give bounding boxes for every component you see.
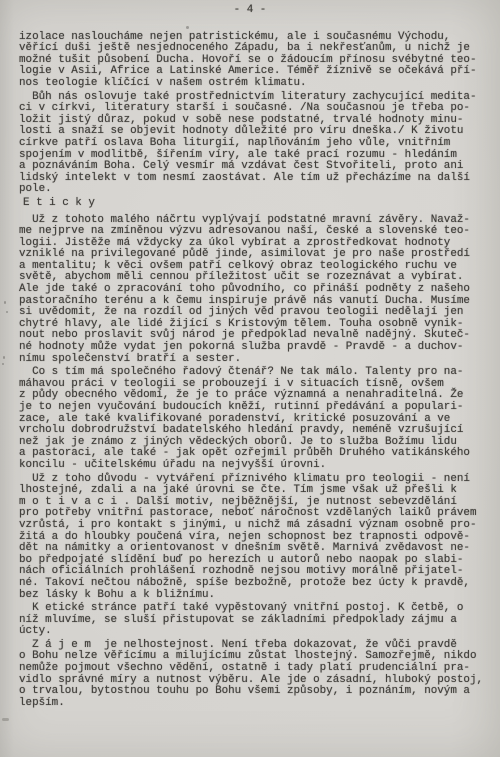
scan-speck: [3, 356, 5, 359]
paragraph: K etické stránce patří také vypěstovaný …: [0, 603, 500, 638]
scan-speck: [6, 311, 8, 313]
paragraph: Z á j e m je nelhostejnost. Není třeba d…: [0, 640, 500, 710]
paragraph: Už z tohoto malého náčrtu vyplývají pods…: [0, 215, 500, 366]
paragraph: Co s tím má společného řadový čtenář? Ne…: [0, 367, 500, 471]
paragraph-continuation: izolace nasloucháme nejen patristickému,…: [0, 32, 500, 90]
scan-speck: [2, 363, 4, 365]
scan-speck: [2, 718, 9, 721]
paragraph: Už z toho důvodu - vytváření příznivého …: [0, 474, 500, 602]
scanned-document-page: - 4 - izolace nasloucháme nejen patristi…: [0, 0, 500, 757]
paragraph: Bůh nás oslovuje také prostřednictvím li…: [0, 92, 500, 196]
scan-speck: [186, 26, 189, 29]
scan-speck: [4, 301, 6, 304]
page-number: - 4 -: [0, 5, 500, 17]
section-heading-eticky: E t i c k y: [0, 198, 500, 210]
